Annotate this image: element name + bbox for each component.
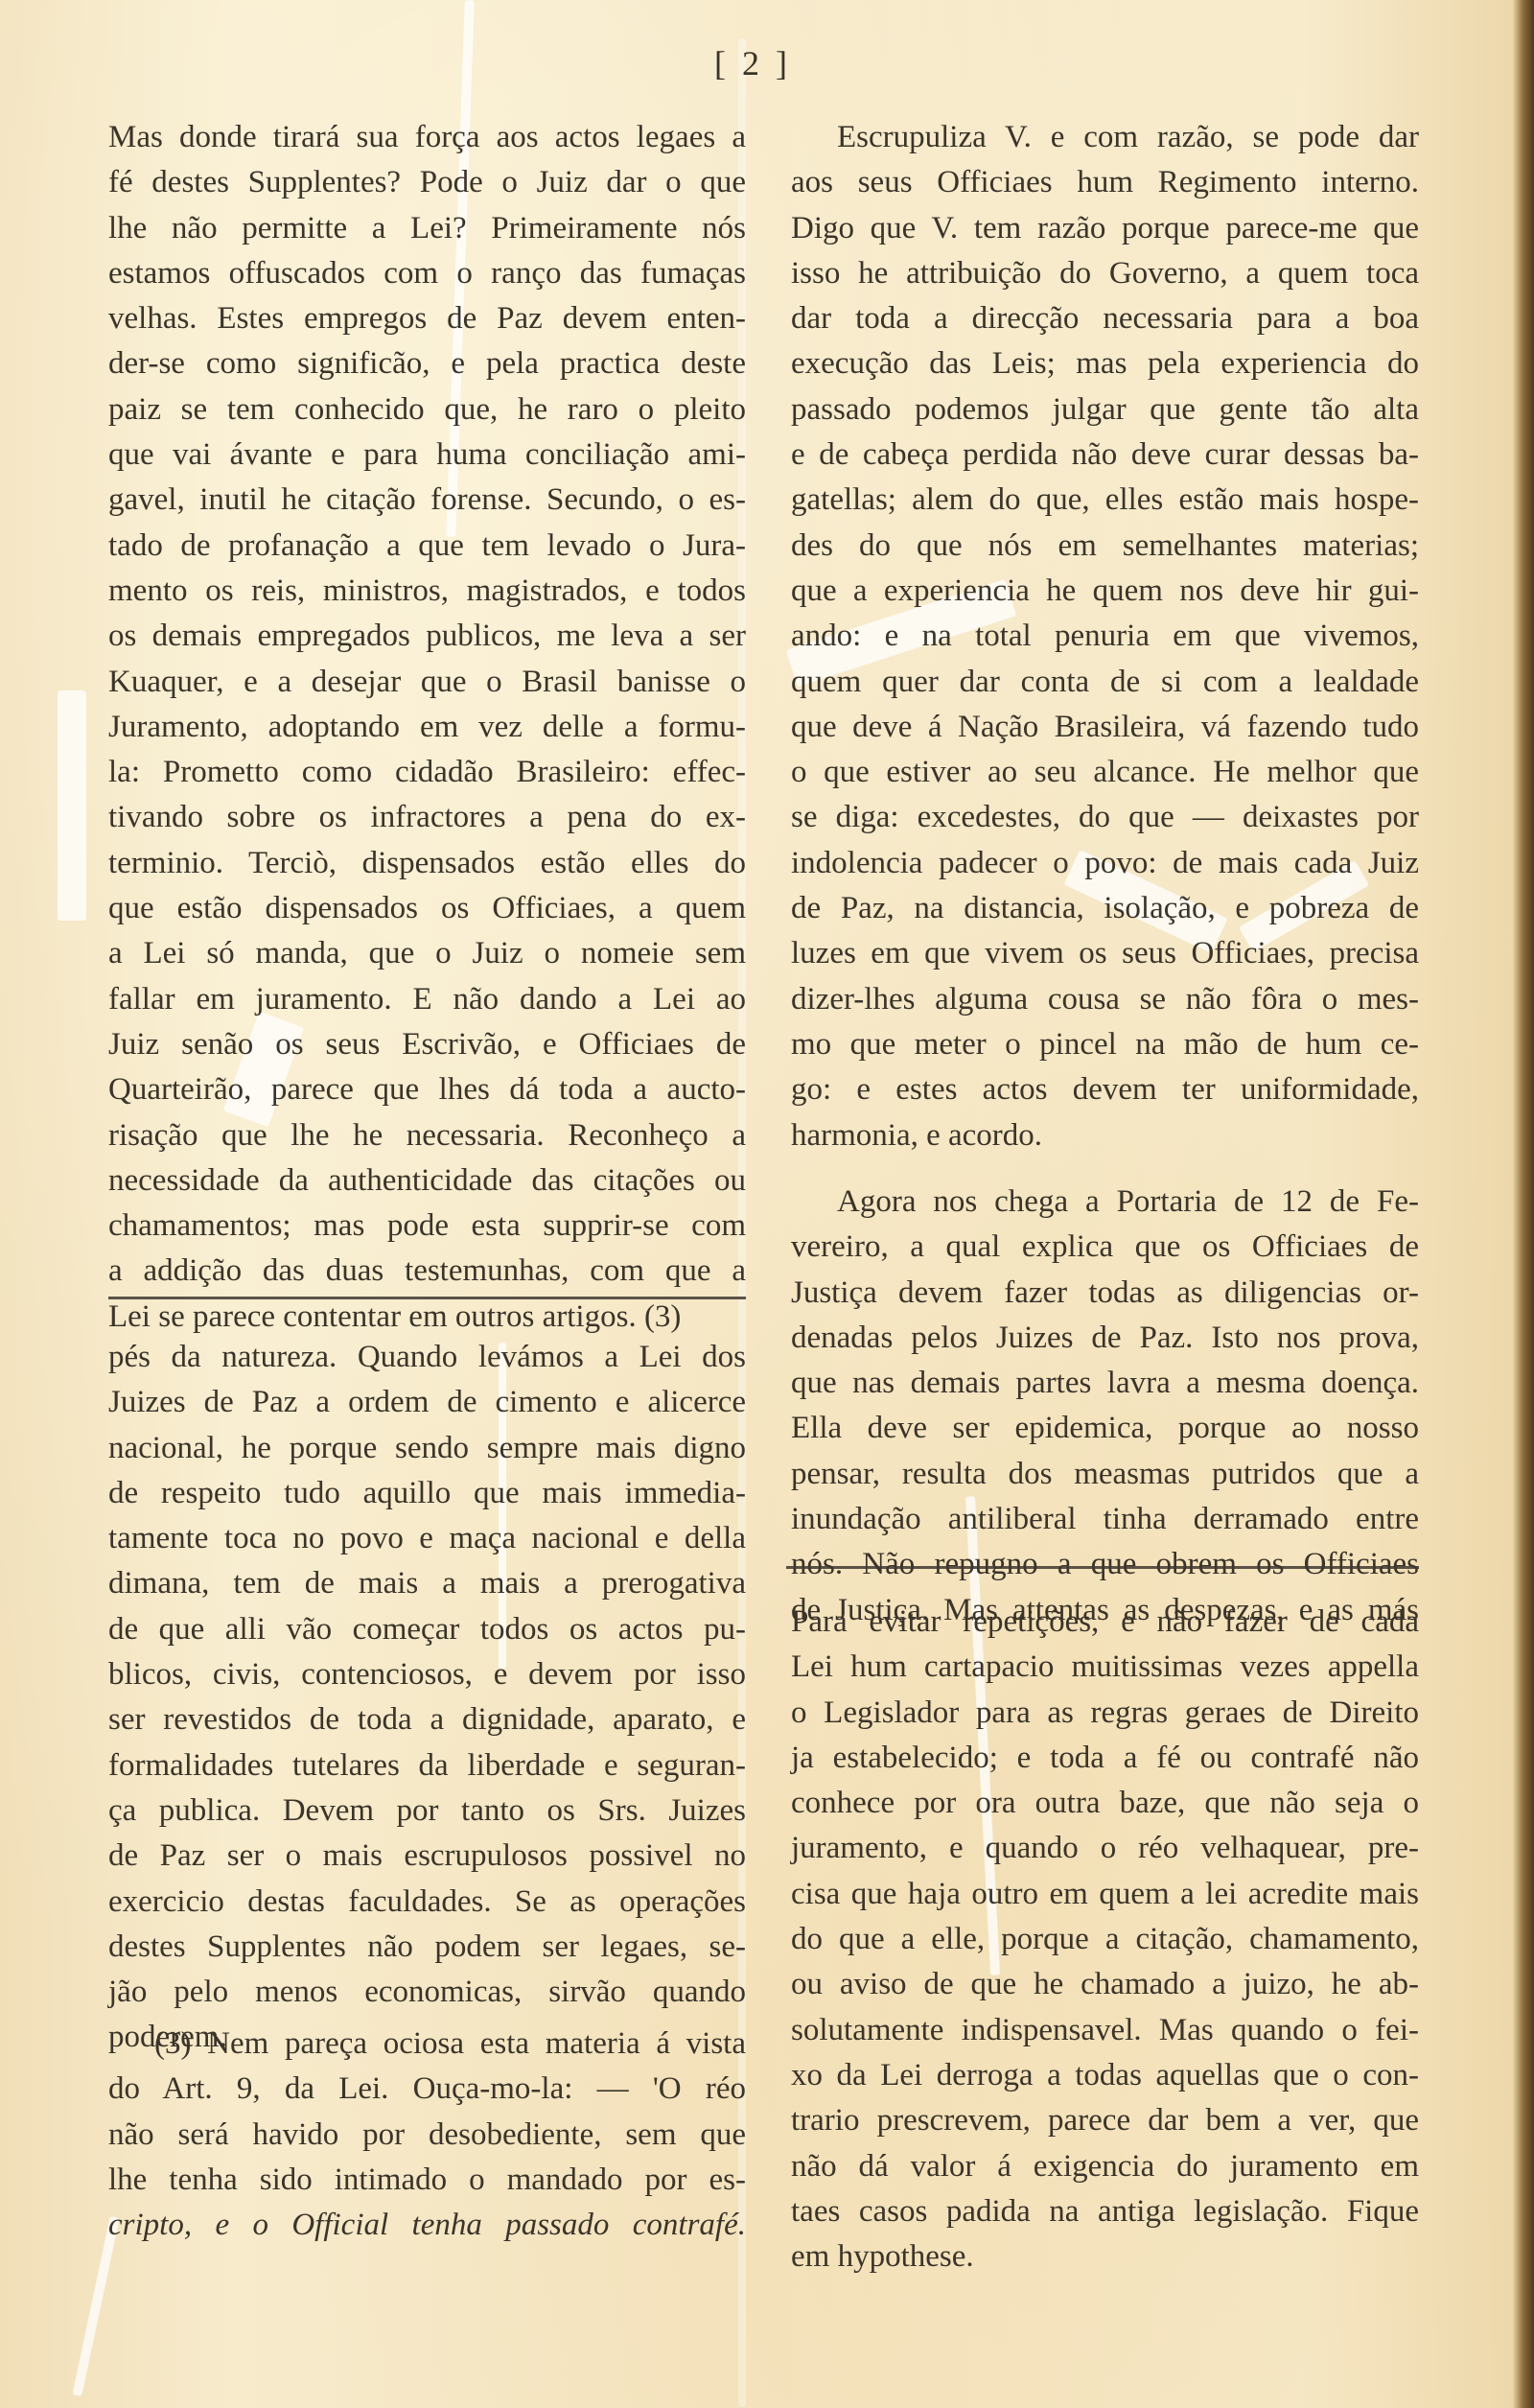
text-line: go: e estes actos devem ter uniformidade… bbox=[791, 1067, 1419, 1112]
text-line: la: Prometto como cidadão Brasileiro: ef… bbox=[108, 750, 746, 795]
text-line: Mas donde tirará sua força aos actos leg… bbox=[108, 115, 746, 160]
text-line: tivando sobre os infractores a pena do e… bbox=[108, 795, 746, 840]
right-column-block-1: Escrupuliza V. e com razão, se pode dar … bbox=[791, 115, 1419, 1158]
footnote-line: (3) Nem pareça ociosa esta materia á vis… bbox=[108, 2022, 746, 2067]
text-line: fallar em juramento. E não dando a Lei a… bbox=[108, 977, 746, 1022]
text-line: denadas pelos Juizes de Paz. Isto nos pr… bbox=[791, 1316, 1419, 1361]
text-line: Lei se parece contentar em outros artigo… bbox=[108, 1295, 746, 1340]
text-line: dizer-lhes alguma cousa se não fôra o me… bbox=[791, 977, 1419, 1022]
text-line: Para evitar repetições, e não fazer de c… bbox=[791, 1600, 1419, 1645]
text-line: ja estabelecido; e toda a fé ou contrafé… bbox=[791, 1736, 1419, 1781]
aged-paper-page: [ 2 ] Mas donde tirará sua força aos act… bbox=[0, 0, 1534, 2408]
text-line: tamente toca no povo e maça nacional e d… bbox=[108, 1516, 746, 1561]
text-line: a Lei só manda, que o Juiz o nomeie sem bbox=[108, 931, 746, 976]
text-line: o Legislador para as regras geraes de Di… bbox=[791, 1691, 1419, 1736]
text-line: os demais empregados publicos, me leva a… bbox=[108, 614, 746, 659]
text-line: a addição das duas testemunhas, com que … bbox=[108, 1249, 746, 1294]
text-line: der-se como significão, e pela practica … bbox=[108, 341, 746, 386]
paper-tear bbox=[58, 690, 86, 921]
text-line: de Paz, na distancia, isolação, e pobrez… bbox=[791, 886, 1419, 931]
text-line: de que alli vão começar todos os actos p… bbox=[108, 1607, 746, 1652]
footnote-line: cripto, e o Official tenha passado contr… bbox=[108, 2203, 746, 2248]
text-line: trario prescrevem, parece dar bem a ver,… bbox=[791, 2098, 1419, 2143]
text-line: ou aviso de que he chamado a juizo, he a… bbox=[791, 1962, 1419, 2007]
text-line: Quarteirão, parece que lhes dá toda a au… bbox=[108, 1067, 746, 1112]
text-line: juramento, e quando o réo velhaquear, pr… bbox=[791, 1826, 1419, 1871]
text-line: luzes em que vivem os seus Officiaes, pr… bbox=[791, 931, 1419, 976]
text-line: Juramento, adoptando em vez delle a form… bbox=[108, 705, 746, 750]
text-line: fé destes Supplentes? Pode o Juiz dar o … bbox=[108, 160, 746, 205]
right-column-block-3: Para evitar repetições, e não fazer de c… bbox=[791, 1600, 1419, 2279]
text-line: Lei hum cartapacio muitissimas vezes app… bbox=[791, 1645, 1419, 1690]
text-line: blicos, civis, contenciosos, e devem por… bbox=[108, 1652, 746, 1697]
text-line: dimana, tem de mais a mais a prerogativa bbox=[108, 1561, 746, 1606]
text-line: que deve á Nação Brasileira, vá fazendo … bbox=[791, 705, 1419, 750]
text-line: exercicio destas faculdades. Se as opera… bbox=[108, 1880, 746, 1925]
text-line: mo que meter o pincel na mão de hum ce- bbox=[791, 1022, 1419, 1067]
text-line: jão pelo menos economicas, sirvão quando bbox=[108, 1970, 746, 2015]
text-line: Juizes de Paz a ordem de cimento e alice… bbox=[108, 1380, 746, 1425]
text-line: ser revestidos de toda a dignidade, apar… bbox=[108, 1697, 746, 1742]
text-line: tado de profanação a que tem levado o Ju… bbox=[108, 524, 746, 569]
text-line: Juiz senão os seus Escrivão, e Officiaes… bbox=[108, 1022, 746, 1067]
text-line: não dá valor á exigencia do juramento em bbox=[791, 2144, 1419, 2189]
text-line: ando: e na total penuria em que vivemos, bbox=[791, 614, 1419, 659]
text-line: Kuaquer, e a desejar que o Brasil baniss… bbox=[108, 660, 746, 705]
text-line: vereiro, a qual explica que os Officiaes… bbox=[791, 1225, 1419, 1270]
text-line: passado podemos julgar que gente tão alt… bbox=[791, 387, 1419, 433]
text-line: lhe não permitte a Lei? Primeiramente nó… bbox=[108, 206, 746, 251]
text-line: se diga: excedestes, do que — deixastes … bbox=[791, 795, 1419, 840]
footnote-line: do Art. 9, da Lei. Ouça-mo-la: — 'O réo bbox=[108, 2067, 746, 2112]
footnote-3: (3) Nem pareça ociosa esta materia á vis… bbox=[108, 2022, 746, 2248]
text-line: o que estiver ao seu alcance. He melhor … bbox=[791, 750, 1419, 795]
text-line: de Paz ser o mais escrupulosos possivel … bbox=[108, 1834, 746, 1879]
text-line: mento os reis, ministros, magistrados, e… bbox=[108, 569, 746, 614]
text-line: Digo que V. tem razão porque parece-me q… bbox=[791, 206, 1419, 251]
text-line: indolencia padecer o povo: de mais cada … bbox=[791, 841, 1419, 886]
text-line: que vai ávante e para huma conciliação a… bbox=[108, 433, 746, 478]
text-line: destes Supplentes não podem ser legaes, … bbox=[108, 1925, 746, 1970]
text-line: que nas demais partes lavra a mesma doen… bbox=[791, 1361, 1419, 1406]
text-line: gatellas; alem do que, elles estão mais … bbox=[791, 478, 1419, 523]
text-line: nacional, he porque sendo sempre mais di… bbox=[108, 1426, 746, 1471]
text-line: que a experiencia he quem nos deve hir g… bbox=[791, 569, 1419, 614]
text-line: isso he attribuição do Governo, a quem t… bbox=[791, 251, 1419, 296]
text-line: que estão dispensados os Officiaes, a qu… bbox=[108, 886, 746, 931]
text-line: Agora nos chega a Portaria de 12 de Fe- bbox=[791, 1180, 1419, 1225]
text-line: execução das Leis; mas pela experiencia … bbox=[791, 341, 1419, 386]
text-line: aos seus Officiaes hum Regimento interno… bbox=[791, 160, 1419, 205]
footnote-line: lhe tenha sido intimado o mandado por es… bbox=[108, 2158, 746, 2203]
footnote-line: não será havido por desobediente, sem qu… bbox=[108, 2113, 746, 2158]
text-line: estamos offuscados com o ranço das fumaç… bbox=[108, 251, 746, 296]
page-number: [ 2 ] bbox=[714, 43, 791, 83]
text-line: quem quer dar conta de si com a lealdade bbox=[791, 660, 1419, 705]
text-line: risação que lhe he necessaria. Reconheço… bbox=[108, 1113, 746, 1158]
text-line: formalidades tutelares da liberdade e se… bbox=[108, 1743, 746, 1788]
text-line: ça publica. Devem por tanto os Srs. Juiz… bbox=[108, 1788, 746, 1834]
left-column-block-2: pés da natureza. Quando levámos a Lei do… bbox=[108, 1335, 746, 2061]
text-line: harmonia, e acordo. bbox=[791, 1113, 1419, 1158]
text-line: cisa que haja outro em quem a lei acredi… bbox=[791, 1872, 1419, 1917]
text-line: paiz se tem conhecido que, he raro o ple… bbox=[108, 387, 746, 433]
text-line: xo da Lei derroga a todas aquellas que o… bbox=[791, 2053, 1419, 2098]
text-line: de respeito tudo aquillo que mais immedi… bbox=[108, 1471, 746, 1516]
text-line: e de cabeça perdida não deve curar dessa… bbox=[791, 433, 1419, 478]
text-line: terminio. Terciò, dispensados estão elle… bbox=[108, 841, 746, 886]
text-line: Escrupuliza V. e com razão, se pode dar bbox=[791, 115, 1419, 160]
text-line: pensar, resulta dos measmas putridos que… bbox=[791, 1452, 1419, 1497]
text-line: gavel, inutil he citação forense. Secund… bbox=[108, 478, 746, 523]
text-line: chamamentos; mas pode esta supprir-se co… bbox=[108, 1204, 746, 1249]
text-line: taes casos padida na antiga legislação. … bbox=[791, 2189, 1419, 2234]
text-line: des do que nós em semelhantes materias; bbox=[791, 524, 1419, 569]
text-line: solutamente indispensavel. Mas quando o … bbox=[791, 2008, 1419, 2053]
text-line: em hypothese. bbox=[791, 2234, 1419, 2279]
page-binding-edge bbox=[1513, 0, 1534, 2408]
text-line: Ella deve ser epidemica, porque ao nosso bbox=[791, 1406, 1419, 1451]
text-line: inundação antiliberal tinha derramado en… bbox=[791, 1497, 1419, 1542]
text-line: necessidade da authenticidade das citaçõ… bbox=[108, 1158, 746, 1204]
text-line: do que a elle, porque a citação, chamame… bbox=[791, 1917, 1419, 1962]
text-line: Justiça devem fazer todas as diligencias… bbox=[791, 1271, 1419, 1316]
text-line: pés da natureza. Quando levámos a Lei do… bbox=[108, 1335, 746, 1380]
text-line: velhas. Estes empregos de Paz devem ente… bbox=[108, 296, 746, 341]
left-column-block-1: Mas donde tirará sua força aos actos leg… bbox=[108, 115, 746, 1340]
section-divider-rule bbox=[108, 1297, 746, 1299]
section-divider-rule bbox=[786, 1566, 1419, 1569]
text-line: conhece por ora outra baze, que não seja… bbox=[791, 1781, 1419, 1826]
text-line: dar toda a direcção necessaria para a bo… bbox=[791, 296, 1419, 341]
